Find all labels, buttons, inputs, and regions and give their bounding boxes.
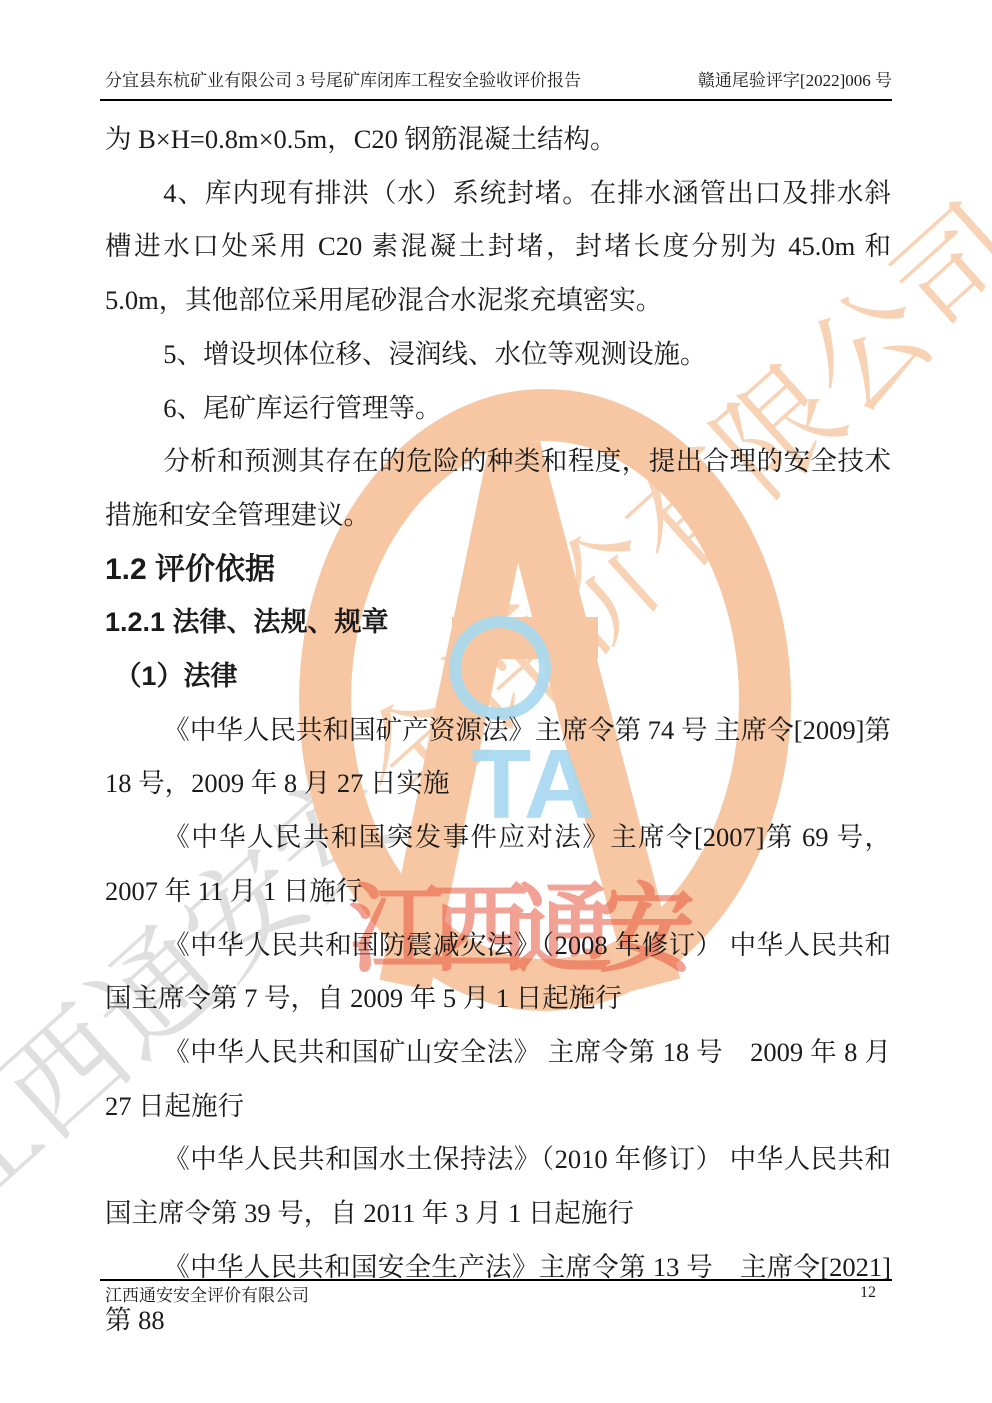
paragraph-analysis: 分析和预测其存在的危险的种类和程度，提出合理的安全技术措施和安全管理建议。 xyxy=(105,435,891,542)
paragraph-item-6: 6、尾矿库运行管理等。 xyxy=(105,382,891,436)
law-earthquake-mitigation: 《中华人民共和国防震减灾法》（2008 年修订） 中华人民共和国主席令第 7 号… xyxy=(105,919,891,1026)
law-mineral-resources: 《中华人民共和国矿产资源法》主席令第 74 号 主席令[2009]第 18 号，… xyxy=(105,704,891,811)
footer-company-name: 江西通安安全评价有限公司 xyxy=(105,1286,309,1305)
item-heading-laws: （1）法律 xyxy=(105,650,891,704)
law-emergency-response: 《中华人民共和国突发事件应对法》主席令[2007]第 69 号，2007 年 1… xyxy=(105,811,891,918)
page-number: 12 xyxy=(860,1283,876,1303)
page-footer: 江西通安安全评价有限公司 xyxy=(105,1285,892,1307)
law-water-soil-conservation: 《中华人民共和国水土保持法》（2010 年修订） 中华人民共和国主席令第 39 … xyxy=(105,1133,891,1240)
header-report-title: 分宜县东杭矿业有限公司 3 号尾矿库闭库工程安全验收评价报告 xyxy=(105,70,581,92)
page-header: 分宜县东杭矿业有限公司 3 号尾矿库闭库工程安全验收评价报告 赣通尾验评字[20… xyxy=(105,70,892,92)
page-content: 分宜县东杭矿业有限公司 3 号尾矿库闭库工程安全验收评价报告 赣通尾验评字[20… xyxy=(0,0,992,1403)
paragraph-item-4: 4、库内现有排洪（水）系统封堵。在排水涵管出口及排水斜槽进水口处采用 C20 素… xyxy=(105,167,891,328)
header-document-number: 赣通尾验评字[2022]006 号 xyxy=(698,70,892,92)
subsection-heading-1-2-1: 1.2.1 法律、法规、规章 xyxy=(105,596,891,650)
document-body: 为 B×H=0.8m×0.5m，C20 钢筋混凝土结构。4、库内现有排洪（水）系… xyxy=(105,113,891,1348)
paragraph-item-5: 5、增设坝体位移、浸润线、水位等观测设施。 xyxy=(105,328,891,382)
footer-rule xyxy=(100,1279,892,1281)
section-heading-1-2: 1.2 评价依据 xyxy=(105,543,891,597)
law-mine-safety: 《中华人民共和国矿山安全法》 主席令第 18 号 2009 年 8 月 27 日… xyxy=(105,1026,891,1133)
document-page: 江西通安安全评价有限公司 TA 江西通安 分宜县东杭矿业有限公司 3 号尾矿库闭… xyxy=(0,0,992,1403)
header-rule xyxy=(100,99,892,101)
paragraph-continuation: 为 B×H=0.8m×0.5m，C20 钢筋混凝土结构。 xyxy=(105,113,891,167)
